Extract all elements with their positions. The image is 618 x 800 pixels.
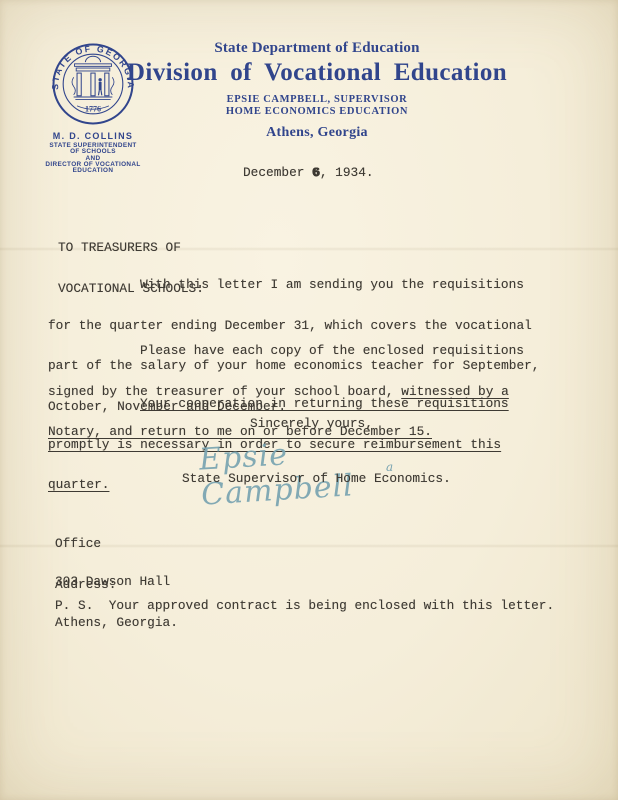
letterhead-program: HOME ECONOMICS EDUCATION <box>117 106 517 117</box>
signer-title: State Supervisor of Home Economics. <box>182 472 451 486</box>
underlined-text: quarter. <box>48 477 109 492</box>
official-titles: STATE SUPERINTENDENT OF SCHOOLS AND DIRE… <box>29 143 157 174</box>
letterhead: State Department of Education Division o… <box>117 40 517 141</box>
date-day-overstruck: 6 <box>312 165 320 180</box>
body-line: With this letter I am sending you the re… <box>48 278 573 292</box>
date-month: December <box>243 165 312 180</box>
body-line: Please have each copy of the enclosed re… <box>48 344 573 358</box>
address-line: Athens, Georgia. <box>55 616 178 630</box>
letterhead-location: Athens, Georgia <box>117 125 517 141</box>
body-text: With this letter I am sending you the re… <box>140 277 524 292</box>
date-line: December 6, 1934. <box>243 166 374 180</box>
letterhead-supervisor: EPSIE CAMPBELL, SUPERVISOR <box>117 94 517 105</box>
seal-year: 1776 <box>85 104 101 113</box>
address-line: 303 Dawson Hall <box>55 575 178 589</box>
body-text: Please have each copy of the enclosed re… <box>140 343 524 358</box>
letterhead-department: State Department of Education <box>117 40 517 57</box>
letter-page: STATE OF GEORGIA 1776 M. D. COLLINS <box>0 0 618 800</box>
official-title-line: EDUCATION <box>29 168 157 174</box>
valediction: Sincerely yours, <box>250 417 373 431</box>
postscript: P. S. Your approved contract is being en… <box>55 599 554 613</box>
body-line: Your cooperation in returning these requ… <box>48 397 573 411</box>
date-year: , 1934. <box>320 165 374 180</box>
letterhead-division: Division of Vocational Education <box>117 59 517 87</box>
underlined-text: Your cooperation in returning these requ… <box>140 396 509 411</box>
